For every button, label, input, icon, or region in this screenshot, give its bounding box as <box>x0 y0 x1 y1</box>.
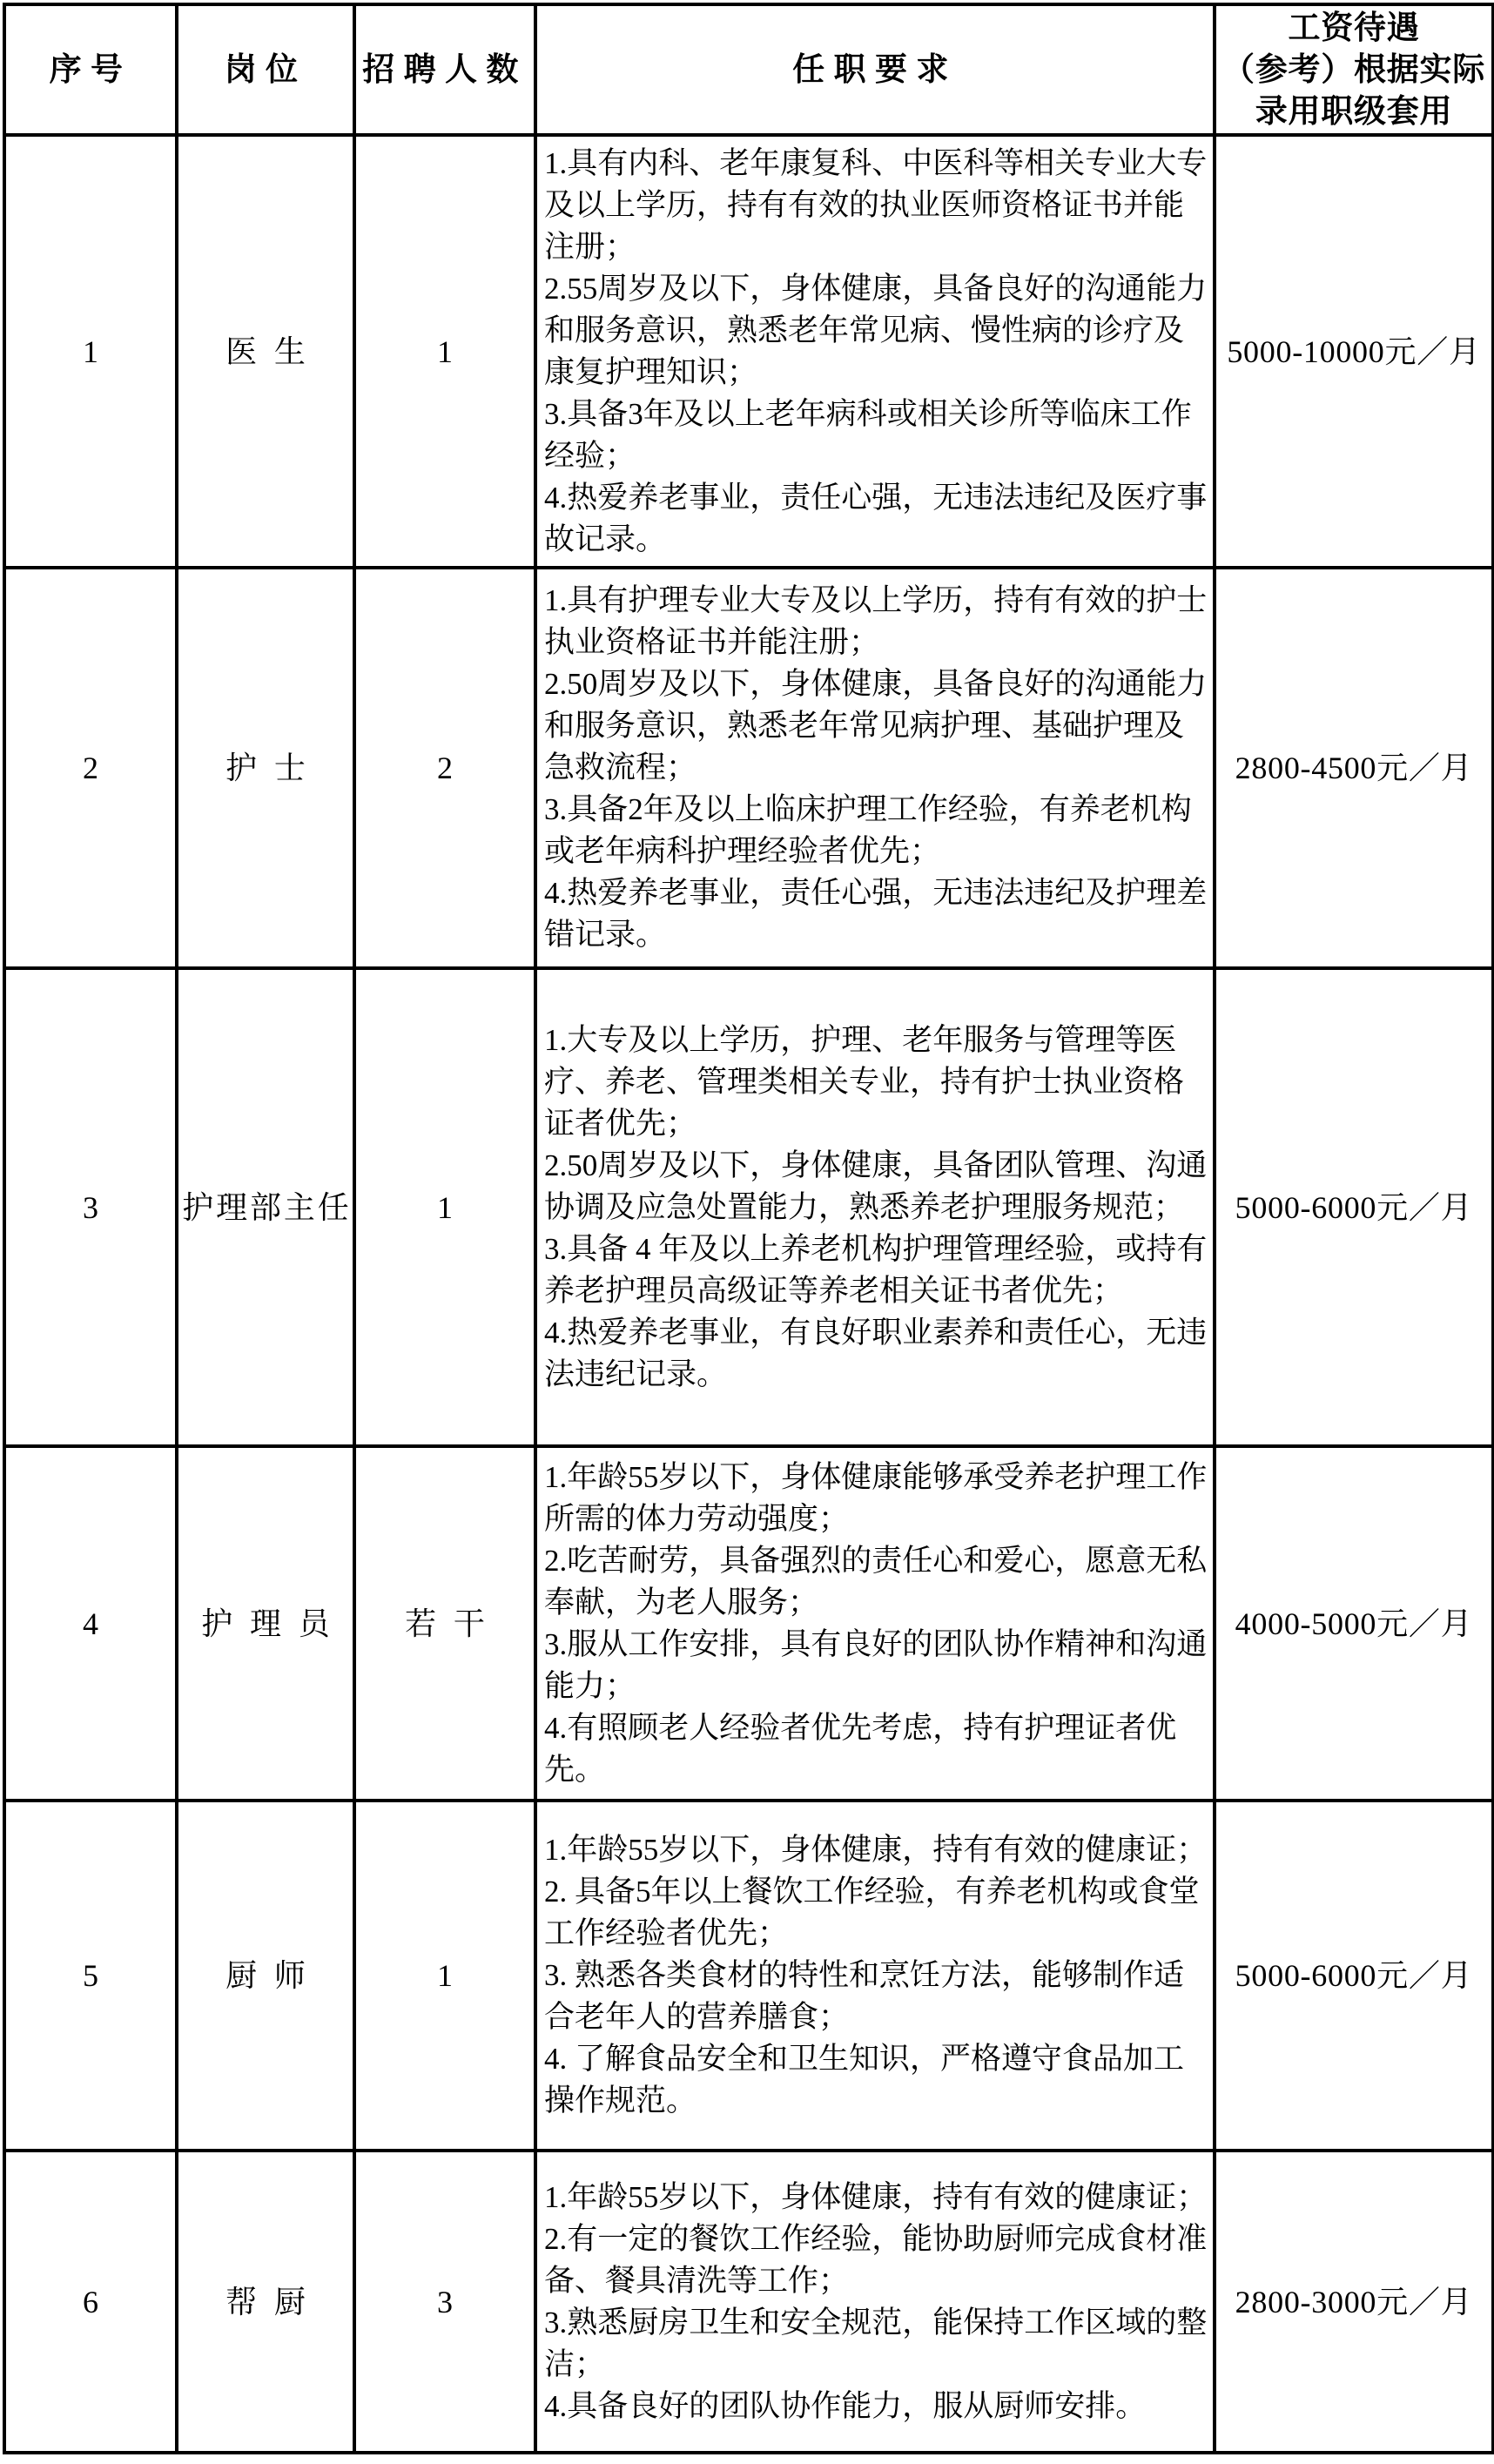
position-cell: 护理部主任 <box>177 968 354 1446</box>
seq-cell: 3 <box>4 968 177 1446</box>
header-requirements: 任职要求 <box>535 4 1215 135</box>
seq-cell: 5 <box>4 1801 177 2151</box>
headcount-cell: 1 <box>354 1801 535 2151</box>
headcount-cell: 1 <box>354 968 535 1446</box>
recruitment-table: 序号 岗位 招聘人数 任职要求 工资待遇 （参考）根据实际 录用职级套用 1 医… <box>3 3 1494 2454</box>
table-row-nursing-director: 3 护理部主任 1 1.大专及以上学历，护理、老年服务与管理等医疗、养老、管理类… <box>4 968 1493 1446</box>
seq-cell: 2 <box>4 568 177 968</box>
salary-cell: 4000-5000元／月 <box>1215 1446 1493 1801</box>
salary-cell: 5000-6000元／月 <box>1215 968 1493 1446</box>
headcount-cell: 2 <box>354 568 535 968</box>
table-row-kitchen-helper: 6 帮厨 3 1.年龄55岁以下，身体健康，持有有效的健康证； 2.有一定的餐饮… <box>4 2151 1493 2453</box>
position-cell: 医生 <box>177 135 354 568</box>
header-headcount: 招聘人数 <box>354 4 535 135</box>
salary-cell: 2800-4500元／月 <box>1215 568 1493 968</box>
header-row: 序号 岗位 招聘人数 任职要求 工资待遇 （参考）根据实际 录用职级套用 <box>4 4 1493 135</box>
requirements-cell: 1.年龄55岁以下，身体健康能够承受养老护理工作所需的体力劳动强度； 2.吃苦耐… <box>535 1446 1215 1801</box>
header-position: 岗位 <box>177 4 354 135</box>
salary-cell: 5000-6000元／月 <box>1215 1801 1493 2151</box>
seq-cell: 6 <box>4 2151 177 2453</box>
requirements-cell: 1.年龄55岁以下，身体健康，持有有效的健康证； 2. 具备5年以上餐饮工作经验… <box>535 1801 1215 2151</box>
headcount-cell: 1 <box>354 135 535 568</box>
position-cell: 帮厨 <box>177 2151 354 2453</box>
table-row-caregiver: 4 护理员 若干 1.年龄55岁以下，身体健康能够承受养老护理工作所需的体力劳动… <box>4 1446 1493 1801</box>
requirements-cell: 1.具有护理专业大专及以上学历，持有有效的护士执业资格证书并能注册； 2.50周… <box>535 568 1215 968</box>
seq-cell: 4 <box>4 1446 177 1801</box>
position-cell: 厨师 <box>177 1801 354 2151</box>
salary-cell: 5000-10000元／月 <box>1215 135 1493 568</box>
header-salary: 工资待遇 （参考）根据实际 录用职级套用 <box>1215 4 1493 135</box>
header-seq: 序号 <box>4 4 177 135</box>
salary-cell: 2800-3000元／月 <box>1215 2151 1493 2453</box>
table-row-doctor: 1 医生 1 1.具有内科、老年康复科、中医科等相关专业大专及以上学历，持有有效… <box>4 135 1493 568</box>
position-cell: 护理员 <box>177 1446 354 1801</box>
table-row-chef: 5 厨师 1 1.年龄55岁以下，身体健康，持有有效的健康证； 2. 具备5年以… <box>4 1801 1493 2151</box>
requirements-cell: 1.年龄55岁以下，身体健康，持有有效的健康证； 2.有一定的餐饮工作经验，能协… <box>535 2151 1215 2453</box>
table-row-nurse: 2 护士 2 1.具有护理专业大专及以上学历，持有有效的护士执业资格证书并能注册… <box>4 568 1493 968</box>
requirements-cell: 1.大专及以上学历，护理、老年服务与管理等医疗、养老、管理类相关专业，持有护士执… <box>535 968 1215 1446</box>
requirements-cell: 1.具有内科、老年康复科、中医科等相关专业大专及以上学历，持有有效的执业医师资格… <box>535 135 1215 568</box>
position-cell: 护士 <box>177 568 354 968</box>
seq-cell: 1 <box>4 135 177 568</box>
headcount-cell: 3 <box>354 2151 535 2453</box>
headcount-cell: 若干 <box>354 1446 535 1801</box>
